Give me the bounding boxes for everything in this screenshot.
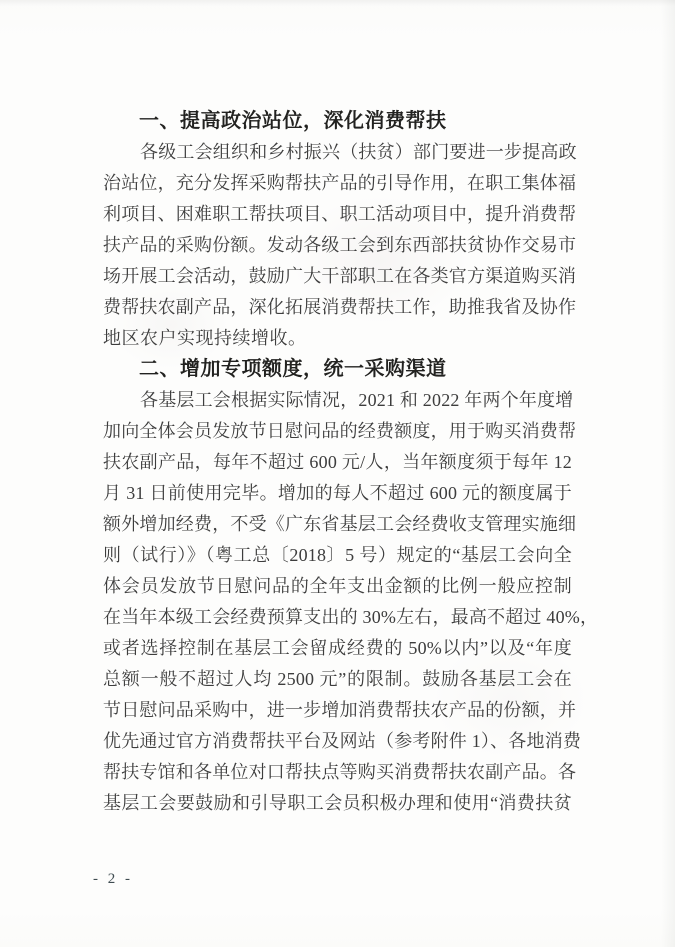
scan-edge-shadow-top [0, 0, 675, 6]
section-heading-1: 一、提高政治站位，深化消费帮扶 [103, 106, 572, 137]
scanned-document-page: 一、提高政治站位，深化消费帮扶 各级工会组织和乡村振兴（扶贫）部门要进一步提高政… [0, 0, 675, 947]
document-line: 在当年本级工会经费预算支出的 30%左右，最高不超过 40%， [103, 602, 572, 633]
page-number: - 2 - [93, 869, 133, 889]
scan-edge-shadow-right [661, 0, 675, 947]
document-line: 扶产品的采购份额。发动各级工会到东西部扶贫协作交易市 [103, 230, 572, 261]
document-line: 利项目、困难职工帮扶项目、职工活动项目中，提升消费帮 [103, 199, 572, 230]
document-line: 扶农副产品，每年不超过 600 元/人，当年额度须于每年 12 [103, 447, 572, 478]
document-line: 则（试行）》（粤工总〔2018〕5 号）规定的“基层工会向全 [103, 540, 572, 571]
document-line: 各基层工会根据实际情况，2021 和 2022 年两个年度增 [103, 385, 572, 416]
document-line: 各级工会组织和乡村振兴（扶贫）部门要进一步提高政 [103, 137, 572, 168]
document-line: 体会员发放节日慰问品的全年支出金额的比例一般应控制 [103, 571, 572, 602]
document-line: 月 31 日前使用完毕。增加的每人不超过 600 元的额度属于 [103, 478, 572, 509]
section-heading-2: 二、增加专项额度，统一采购渠道 [103, 354, 572, 385]
document-line: 场开展工会活动，鼓励广大干部职工在各类官方渠道购买消 [103, 261, 572, 292]
document-line: 额外增加经费，不受《广东省基层工会经费收支管理实施细 [103, 509, 572, 540]
document-line: 地区农户实现持续增收。 [103, 323, 572, 354]
document-line: 基层工会要鼓励和引导职工会员积极办理和使用“消费扶贫 [103, 788, 572, 819]
document-body: 一、提高政治站位，深化消费帮扶 各级工会组织和乡村振兴（扶贫）部门要进一步提高政… [103, 106, 572, 819]
document-line: 节日慰问品采购中，进一步增加消费帮扶农产品的份额，并 [103, 695, 572, 726]
document-line: 治站位，充分发挥采购帮扶产品的引导作用，在职工集体福 [103, 168, 572, 199]
document-line: 或者选择控制在基层工会留成经费的 50%以内”以及“年度 [103, 633, 572, 664]
document-line: 帮扶专馆和各单位对口帮扶点等购买消费帮扶农副产品。各 [103, 757, 572, 788]
document-line: 优先通过官方消费帮扶平台及网站（参考附件 1）、各地消费 [103, 726, 572, 757]
document-line: 加向全体会员发放节日慰问品的经费额度，用于购买消费帮 [103, 416, 572, 447]
document-line: 总额一般不超过人均 2500 元”的限制。鼓励各基层工会在 [103, 664, 572, 695]
document-line: 费帮扶农副产品，深化拓展消费帮扶工作，助推我省及协作 [103, 292, 572, 323]
